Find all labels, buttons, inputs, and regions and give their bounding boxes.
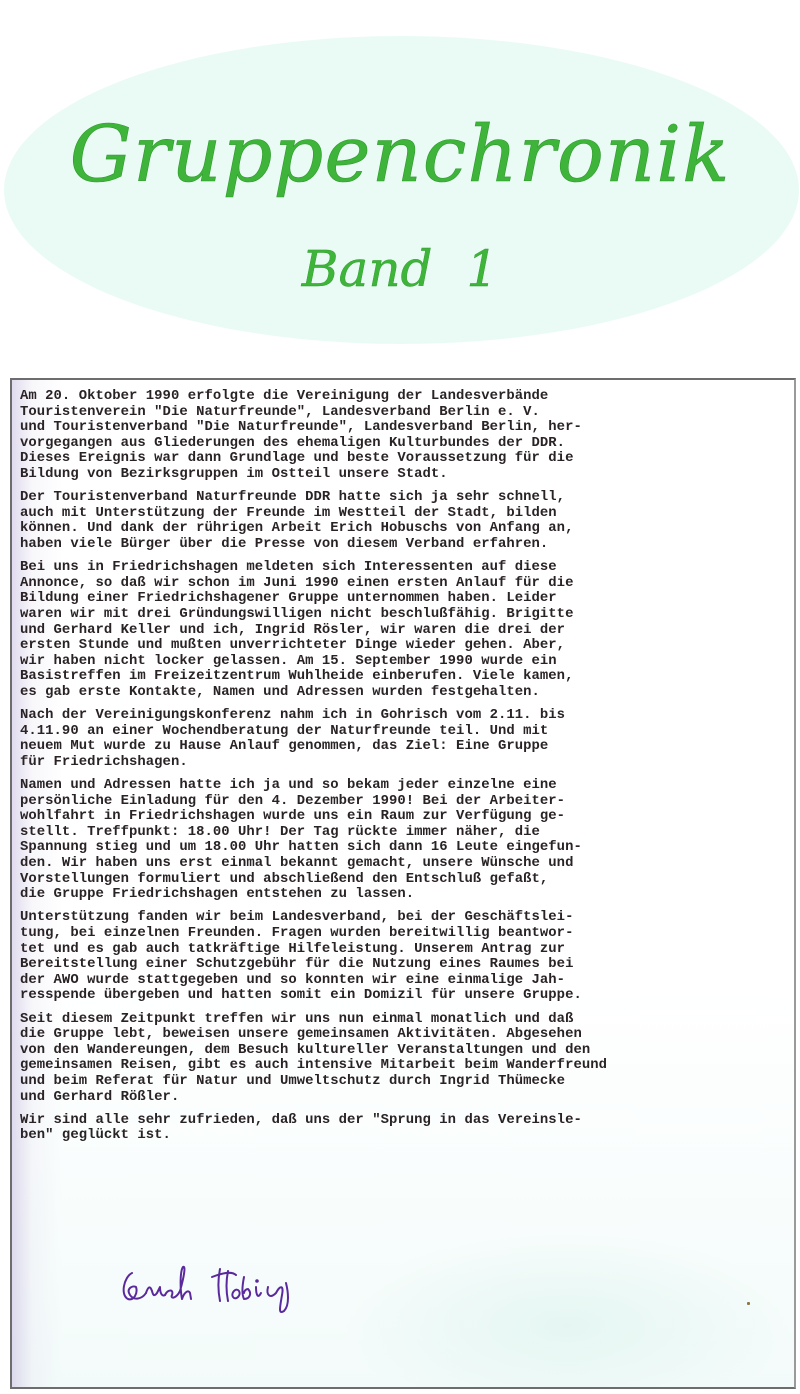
page-title: Gruppenchronik: [0, 110, 800, 200]
paragraph-8: Wir sind alle sehr zufrieden, daß uns de…: [20, 1113, 794, 1144]
paragraph-7: Seit diesem Zeitpunkt treffen wir uns nu…: [20, 1012, 794, 1106]
paper-speck: [747, 1302, 750, 1305]
volume-subtitle: Band 1: [0, 240, 800, 298]
paragraph-5: Namen und Adressen hatte ich ja und so b…: [20, 778, 794, 903]
paragraph-6: Unterstützung fanden wir beim Landesverb…: [20, 910, 794, 1004]
paragraph-4: Nach der Vereinigungskonferenz nahm ich …: [20, 708, 794, 770]
title-banner: Gruppenchronik Band 1: [0, 0, 800, 350]
paragraph-2: Der Touristenverband Naturfreunde DDR ha…: [20, 490, 794, 552]
handwritten-signature: [120, 1255, 340, 1320]
document-body: Am 20. Oktober 1990 erfolgte die Vereini…: [12, 380, 794, 1144]
paragraph-1: Am 20. Oktober 1990 erfolgte die Vereini…: [20, 389, 794, 483]
signature-icon: [120, 1255, 340, 1315]
typewritten-document: Am 20. Oktober 1990 erfolgte die Vereini…: [10, 378, 796, 1389]
paragraph-3: Bei uns in Friedrichshagen meldeten sich…: [20, 560, 794, 700]
